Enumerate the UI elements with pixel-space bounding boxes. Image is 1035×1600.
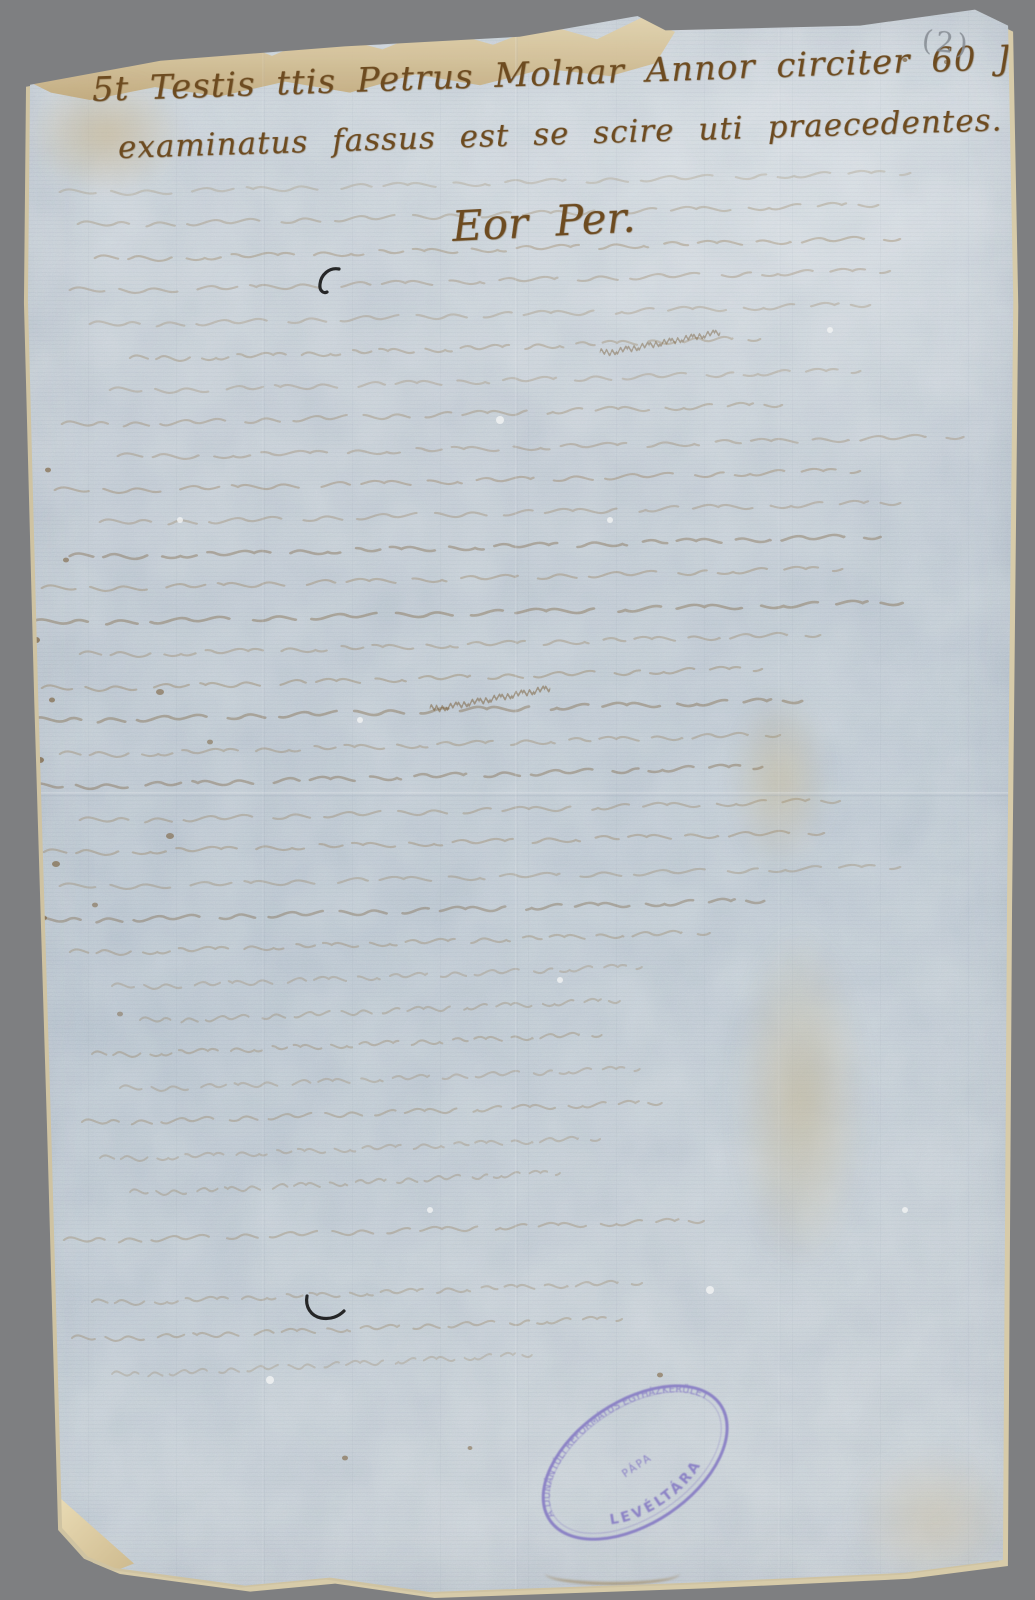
stamp-center-text: PÁPA bbox=[620, 1451, 655, 1481]
closing-flourish: Eor Per. bbox=[451, 192, 637, 251]
pencil-page-number: (2) bbox=[920, 24, 972, 62]
scanned-document: 5t Testis ttis Petrus Molnar Annor circi… bbox=[0, 0, 1035, 1600]
document-page: 5t Testis ttis Petrus Molnar Annor circi… bbox=[0, 0, 1035, 1600]
